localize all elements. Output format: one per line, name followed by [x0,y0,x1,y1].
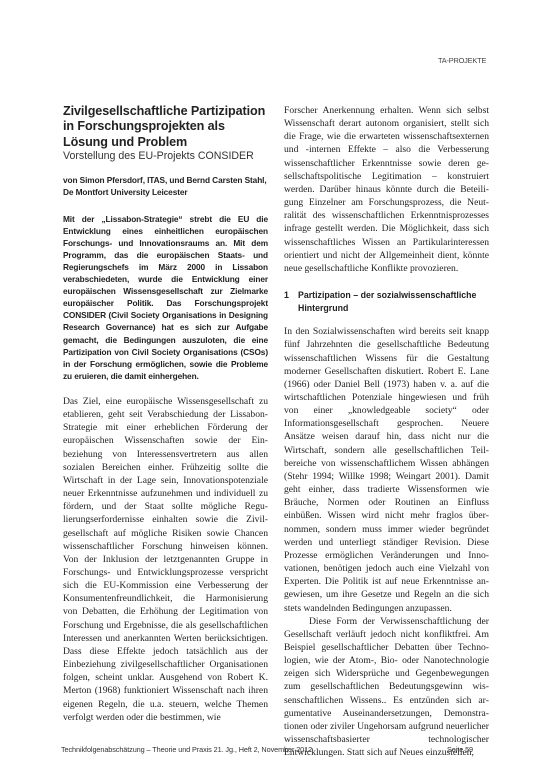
section-paragraph-2: Diese Form der Verwissenschaftlichung de… [284,615,489,760]
page-footer: Technikfolgenabschätzung – Theorie und P… [61,745,473,754]
section-number: 1 [284,289,298,314]
section-title: Partizipation – der sozialwissenschaft­l… [298,289,489,314]
article-title: Zivilgesellschaftliche Partizipa­tion in… [63,104,268,150]
article-authors: von Simon Pfersdorf, ITAS, und Bernd Car… [63,174,268,198]
running-head-section-label: TA-PROJEKTE [438,56,486,65]
article-abstract: Mit der „Lissabon-Strategie“ strebt die … [63,213,268,382]
section-heading: 1 Partizipation – der sozialwissenschaft… [284,289,489,314]
intro-paragraph-continued: Forscher Anerkennung erhalten. Wenn sich… [284,104,489,275]
section-paragraph-1: In den Sozialwissenschaften wird bereits… [284,325,489,614]
left-column: Zivilgesellschaftliche Partizipa­tion in… [63,104,268,724]
article-subtitle: Vorstellung des EU-Projekts CONSIDER [63,150,268,163]
footer-journal-citation: Technikfolgenabschätzung – Theorie und P… [61,745,312,754]
intro-paragraph: Das Ziel, eine europäische Wissensgesell… [63,395,268,724]
footer-page-number: Seite 59 [447,745,473,754]
right-column: Forscher Anerkennung erhalten. Wenn sich… [284,104,489,759]
